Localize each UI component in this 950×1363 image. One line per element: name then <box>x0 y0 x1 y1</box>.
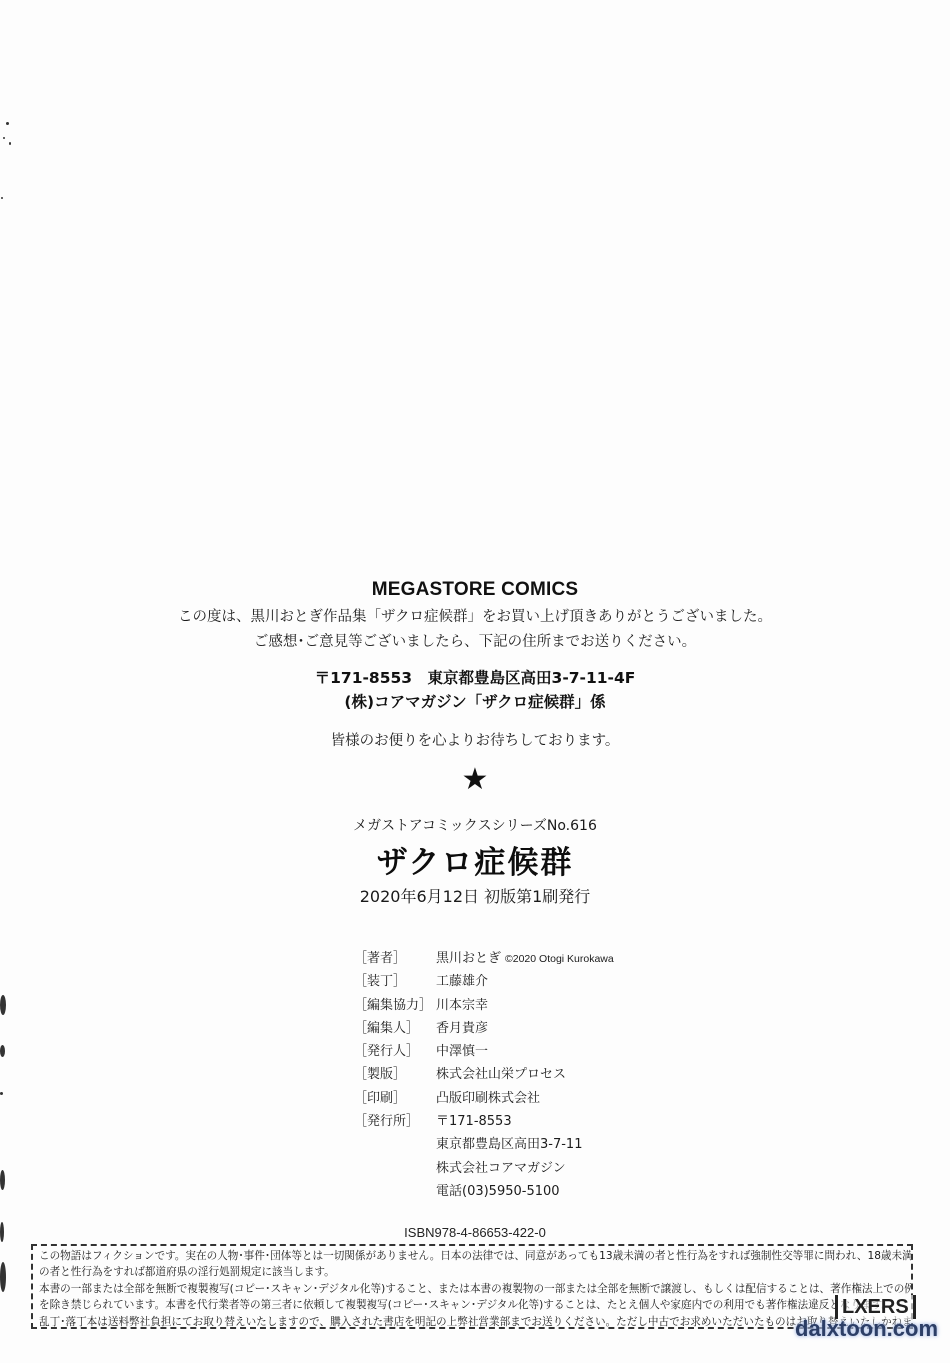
credit-row-publisher-person: ［発行人］ 中澤慎一 <box>354 1040 614 1063</box>
disclaimer-replacement-line: 乱丁･落丁本は送料弊社負担にてお取り替えいたしますので、購入された書店を明記の上… <box>39 1314 905 1329</box>
credit-value: 工藤雄介 <box>436 970 488 989</box>
watermark: LXERS dalxtoon.com <box>795 1295 950 1345</box>
credit-label: ［発行人］ <box>354 1040 436 1059</box>
credit-row-publishing-house: ［発行所］ 〒171-8553 東京都豊島区高田3-7-11 株式会社コアマガジ… <box>354 1110 614 1203</box>
credit-value: 中澤慎一 <box>436 1040 488 1059</box>
credit-value: 香月貴彦 <box>436 1017 488 1036</box>
author-name: 黒川おとぎ <box>436 951 501 966</box>
credit-row-author: ［著者］ 黒川おとぎ©2020 Otogi Kurokawa <box>354 947 614 970</box>
credit-label: ［装丁］ <box>354 970 436 989</box>
credit-label: ［製版］ <box>354 1063 436 1082</box>
disclaimer-copyright-line-cont: を除き禁じられています。本書を代行業者等の第三者に依頼して複製複写(コピー･スキ… <box>39 1297 905 1313</box>
closing-message: 皆様のお便りを心よりお待ちしております。 <box>0 729 950 750</box>
series-number: メガストアコミックスシリーズNo.616 <box>0 815 950 835</box>
credit-label: ［編集協力］ <box>354 994 436 1013</box>
publisher-phone: 電話(03)5950-5100 <box>436 1180 582 1203</box>
credit-label: ［印刷］ <box>354 1087 436 1106</box>
credit-label: ［著者］ <box>354 947 436 966</box>
publisher-address: 東京都豊島区高田3-7-11 <box>436 1133 582 1156</box>
publication-date: 2020年6月12日 初版第1刷発行 <box>0 884 950 907</box>
publisher-postal-code: 〒171-8553 <box>436 1110 582 1133</box>
credit-row-design: ［装丁］ 工藤雄介 <box>354 970 614 993</box>
credit-label: ［発行所］ <box>354 1110 436 1129</box>
isbn: ISBN978-4-86653-422-0 <box>0 1225 950 1240</box>
disclaimer-fiction-line: この物語はフィクションです。実在の人物･事件･団体等とは一切関係がありません。日… <box>39 1248 905 1264</box>
credit-value: 川本宗幸 <box>436 994 488 1013</box>
disclaimer-fiction-line-cont: の者と性行為をすれば都道府県の淫行処罰規定に該当します。 <box>39 1264 905 1280</box>
credit-row-editorial-cooperation: ［編集協力］ 川本宗幸 <box>354 994 614 1017</box>
feedback-request-line: ご感想･ご意見等ございましたら、下記の住所までお送りください。 <box>0 630 950 651</box>
credit-label: ［編集人］ <box>354 1017 436 1036</box>
book-title: ザクロ症候群 <box>0 837 950 882</box>
thanks-message-line: この度は、黒川おとぎ作品集「ザクロ症候群」をお買い上げ頂きありがとうございました… <box>0 605 950 626</box>
publisher-brand: MEGASTORE COMICS <box>0 579 950 601</box>
star-icon: ★ <box>0 765 950 795</box>
credit-value: 黒川おとぎ©2020 Otogi Kurokawa <box>436 947 614 966</box>
copyright-notice: ©2020 Otogi Kurokawa <box>505 953 614 965</box>
credit-value: 凸版印刷株式会社 <box>436 1087 540 1106</box>
disclaimer-copyright-line: 本書の一部または全部を無断で複製複写(コピー･スキャン･デジタル化等)すること、… <box>39 1281 905 1297</box>
credit-row-editor: ［編集人］ 香月貴彦 <box>354 1017 614 1040</box>
credit-row-printing: ［印刷］ 凸版印刷株式会社 <box>354 1087 614 1110</box>
credit-value: 株式会社山栄プロセス <box>436 1063 566 1082</box>
disclaimer-box: この物語はフィクションです。実在の人物･事件･団体等とは一切関係がありません。日… <box>31 1244 913 1329</box>
credit-row-plate-making: ［製版］ 株式会社山栄プロセス <box>354 1063 614 1086</box>
mailing-recipient: (株)コアマガジン「ザクロ症候群」係 <box>0 690 950 712</box>
credit-value: 〒171-8553 東京都豊島区高田3-7-11 株式会社コアマガジン 電話(0… <box>436 1110 582 1203</box>
credits-list: ［著者］ 黒川おとぎ©2020 Otogi Kurokawa ［装丁］ 工藤雄介… <box>354 947 614 1203</box>
publisher-company: 株式会社コアマガジン <box>436 1157 582 1180</box>
mailing-address: 〒171-8553 東京都豊島区高田3-7-11-4F <box>0 666 950 688</box>
watermark-url: dalxtoon.com <box>795 1316 938 1342</box>
colophon-page: MEGASTORE COMICS この度は、黒川おとぎ作品集「ザクロ症候群」をお… <box>0 0 950 1363</box>
